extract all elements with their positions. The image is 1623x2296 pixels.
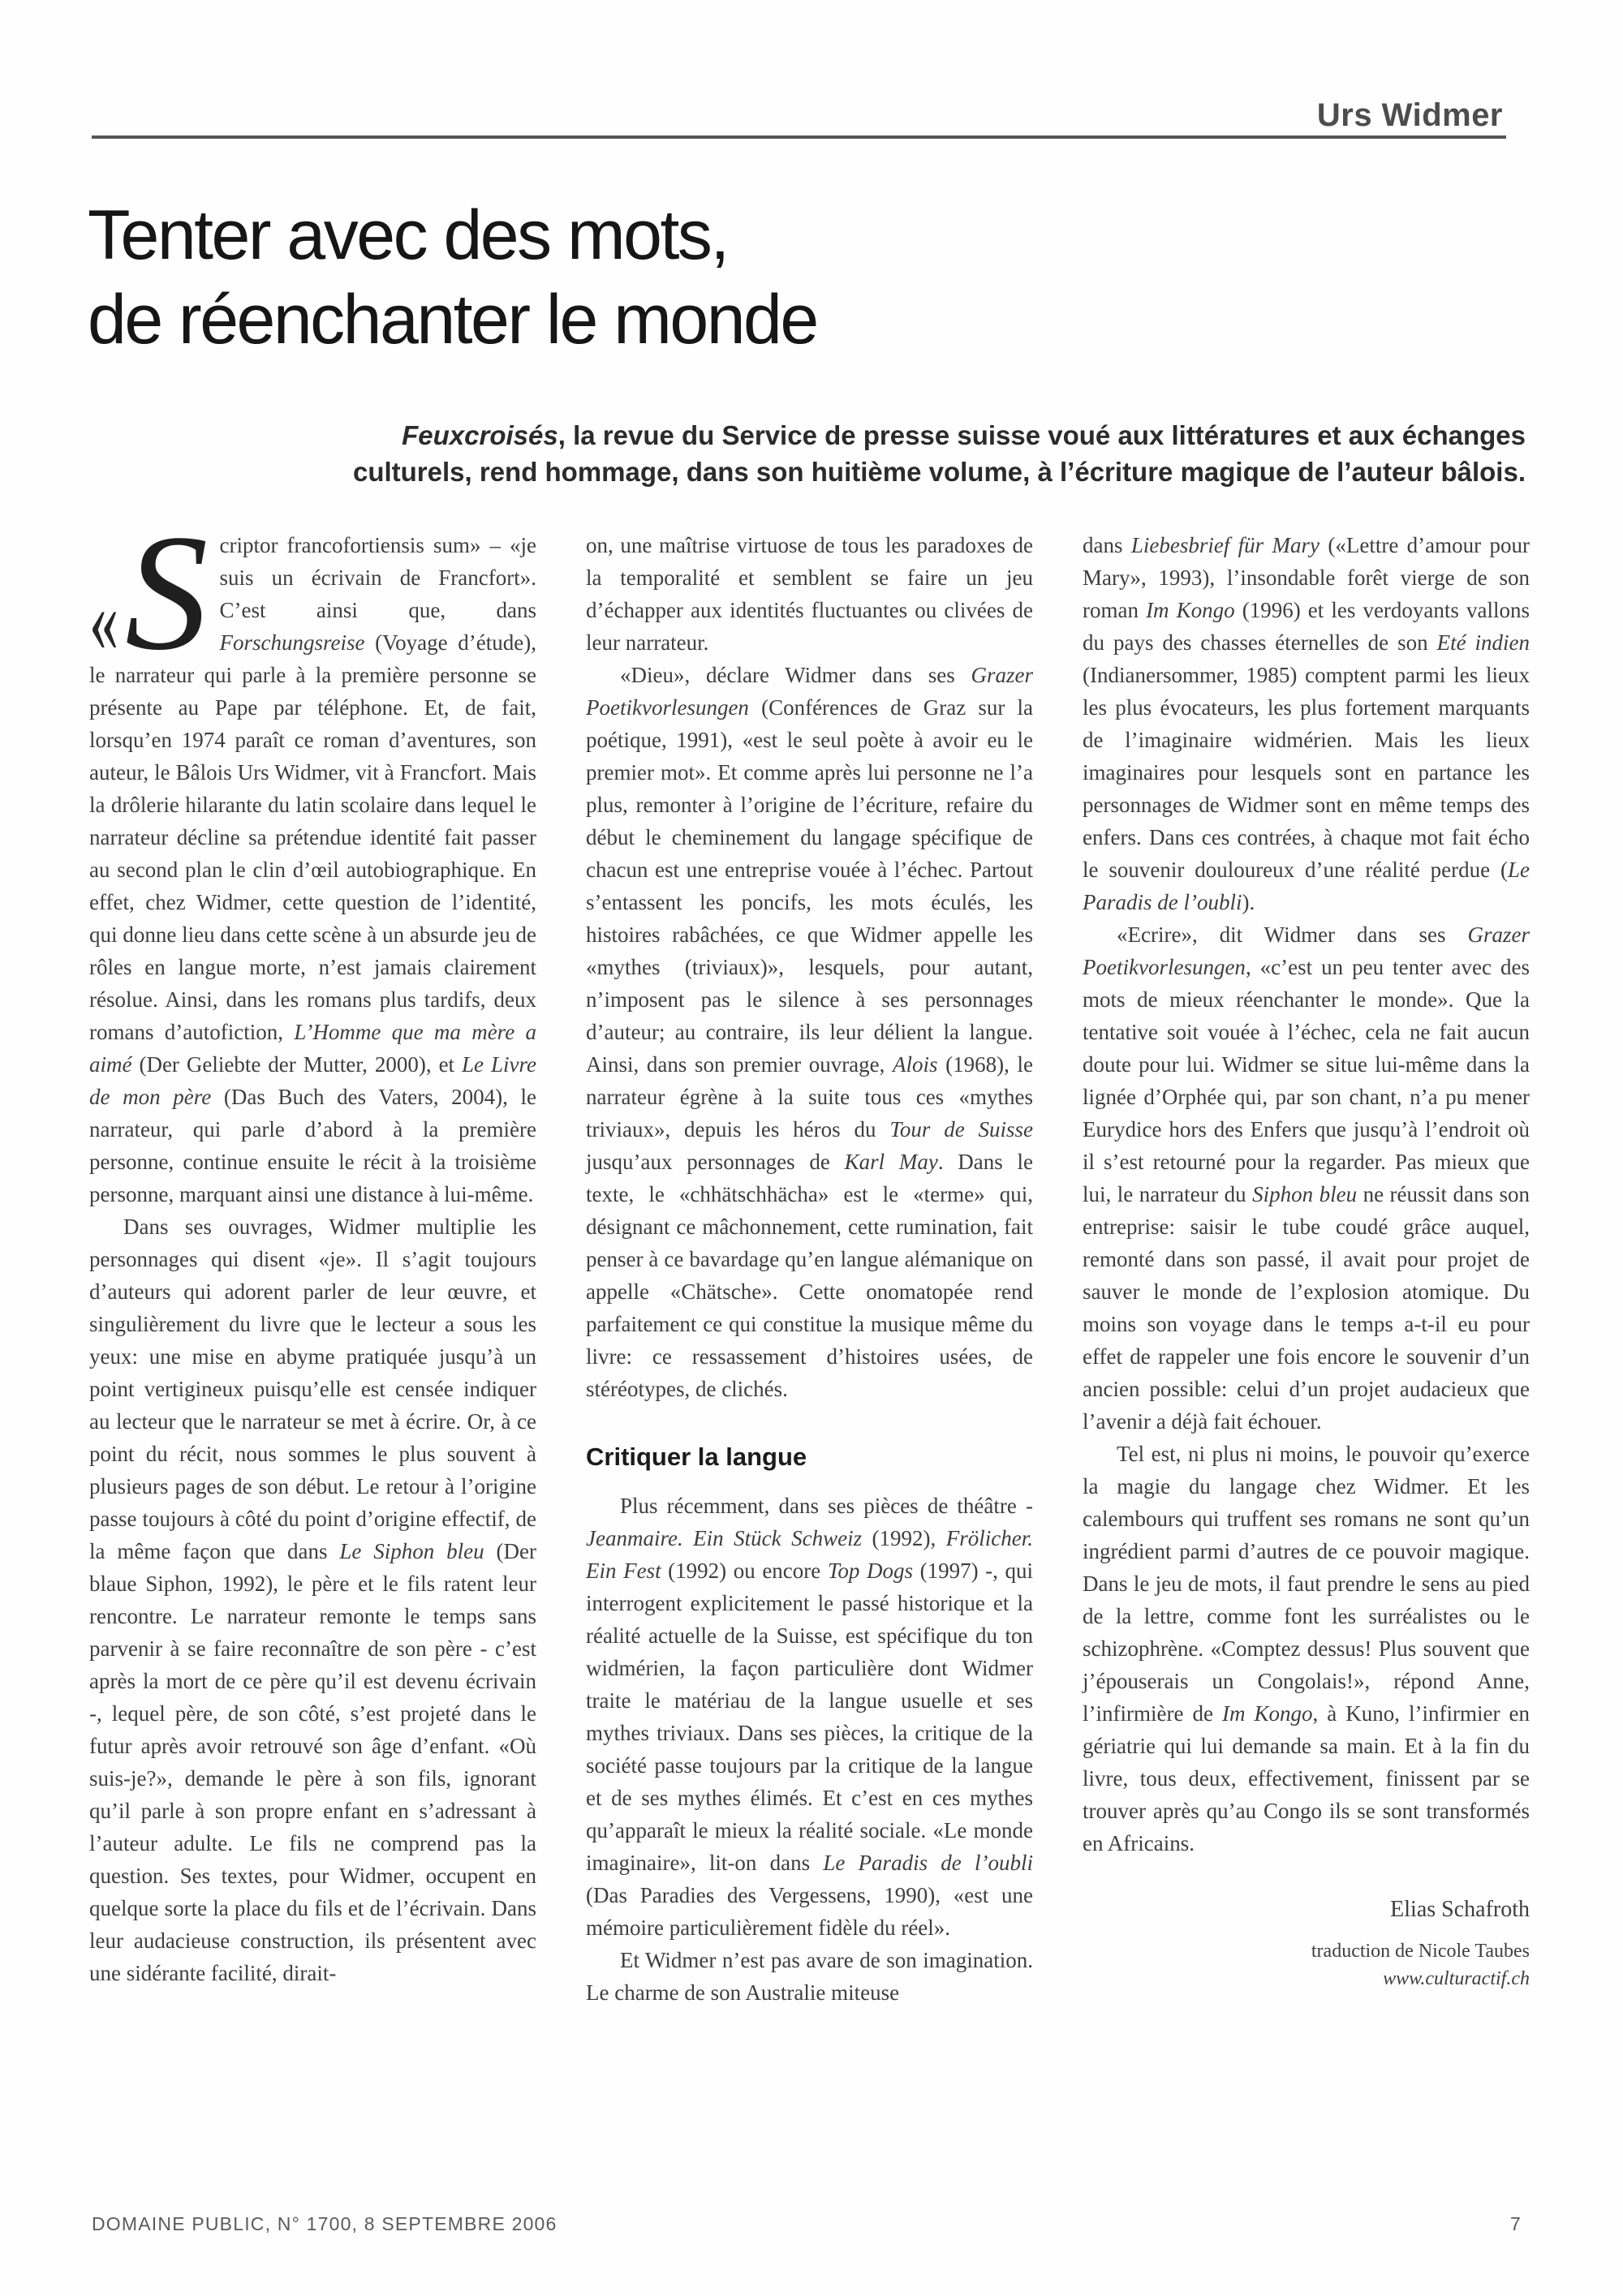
- italic-run: Forschungsreise: [220, 630, 365, 655]
- text-run: (Der blaue Siphon, 1992), le père et le …: [89, 1539, 536, 1985]
- text-run: (Voyage d’étude), le narrateur qui parle…: [89, 630, 536, 1044]
- footer-page-number: 7: [1510, 2213, 1522, 2235]
- text-run: (Das Paradies des Vergessens, 1990), «es…: [586, 1883, 1033, 1940]
- italic-run: Top Dogs: [828, 1559, 913, 1583]
- article-lead: Feuxcroisés, la revue du Service de pres…: [179, 417, 1526, 490]
- italic-run: Tour de Suisse: [889, 1117, 1033, 1142]
- text-run: (1992) ou encore: [661, 1559, 828, 1583]
- text-run: Dans ses ouvrages, Widmer multiplie les …: [89, 1215, 536, 1563]
- text-column-3: dans Liebesbrief für Mary («Lettre d’amo…: [1083, 529, 1530, 2009]
- text-run: . Dans le texte, le «chhätschhächa» est …: [586, 1150, 1033, 1401]
- signature-credit: traduction de Nicole Taubes: [1083, 1939, 1530, 1963]
- article-title: Tenter avec des mots, de réenchanter le …: [88, 193, 817, 362]
- text-run: (Conférences de Graz sur la poétique, 19…: [586, 695, 1033, 1077]
- paragraph: Et Widmer n’est pas avare de son imagina…: [586, 1944, 1033, 2009]
- page-footer: DOMAINE PUBLIC, N° 1700, 8 SEPTEMBRE 200…: [92, 2213, 1522, 2235]
- text-run: ne réussit dans son entreprise: saisir l…: [1083, 1182, 1530, 1434]
- signature-url: www.culturactif.ch: [1083, 1967, 1530, 1991]
- text-run: (1992),: [862, 1526, 946, 1550]
- text-run: Tel est, ni plus ni moins, le pouvoir qu…: [1083, 1442, 1530, 1726]
- paragraph: Tel est, ni plus ni moins, le pouvoir qu…: [1083, 1438, 1530, 1860]
- paragraph: «Dieu», déclare Widmer dans ses Grazer P…: [586, 659, 1033, 1405]
- signature-block: Elias Schafrothtraduction de Nicole Taub…: [1083, 1895, 1530, 1991]
- article-body: «Scriptor francofortiensis sum» – «je su…: [89, 529, 1530, 2009]
- italic-run: Im Kongo: [1146, 598, 1235, 622]
- text-column-2: on, une maîtrise virtuose de tous les pa…: [586, 529, 1033, 2009]
- text-run: jusqu’aux personnages de: [586, 1150, 845, 1174]
- text-run: , «c’est un peu tenter avec des mots de …: [1083, 955, 1530, 1206]
- text-run: criptor francofortiensis sum» – «je suis…: [220, 533, 537, 622]
- text-run: , la revue du Service de presse suisse v…: [558, 420, 1526, 450]
- paragraph: Dans ses ouvrages, Widmer multiplie les …: [89, 1210, 536, 1989]
- document-page: Urs Widmer Tenter avec des mots, de réen…: [0, 0, 1623, 2296]
- text-run: Et Widmer n’est pas avare de son imagina…: [586, 1948, 1033, 2005]
- drop-cap-guillemet: «: [89, 574, 114, 667]
- paragraph: Plus récemment, dans ses pièces de théât…: [586, 1490, 1033, 1944]
- italic-run: Im Kongo: [1222, 1701, 1313, 1726]
- text-run: ).: [1242, 890, 1255, 914]
- drop-cap-letter: S: [125, 532, 209, 654]
- italic-run: Siphon bleu: [1252, 1182, 1357, 1206]
- text-run: (1997) -, qui interrogent explicitement …: [586, 1559, 1033, 1875]
- text-run: «Ecrire», dit Widmer dans ses: [1117, 922, 1467, 947]
- text-run: Plus récemment, dans ses pièces de théât…: [620, 1494, 1033, 1518]
- text-run: on, une maîtrise virtuose de tous les pa…: [586, 533, 1033, 655]
- paragraph: «Ecrire», dit Widmer dans ses Grazer Poe…: [1083, 918, 1530, 1438]
- italic-run: Le Paradis de l’oubli: [823, 1851, 1033, 1875]
- text-run: culturels, rend hommage, dans son huitiè…: [353, 457, 1526, 487]
- italic-run: Jeanmaire. Ein Stück Schweiz: [586, 1526, 862, 1550]
- signature-name: Elias Schafroth: [1083, 1895, 1530, 1924]
- text-column-1: «Scriptor francofortiensis sum» – «je su…: [89, 529, 536, 2009]
- paragraph: dans Liebesbrief für Mary («Lettre d’amo…: [1083, 529, 1530, 918]
- italic-run: Alois: [893, 1052, 938, 1077]
- header-rule: [92, 135, 1506, 139]
- italic-run: Eté indien: [1437, 630, 1530, 655]
- italic-run: Liebesbrief für Mary: [1131, 533, 1319, 557]
- text-run: dans: [1083, 533, 1131, 557]
- text-run: (Der Geliebte der Mutter, 2000), et: [131, 1052, 462, 1077]
- paragraph: on, une maîtrise virtuose de tous les pa…: [586, 529, 1033, 659]
- article-title-line-1: Tenter avec des mots,: [88, 193, 817, 277]
- page-header-author: Urs Widmer: [1317, 97, 1503, 134]
- text-run: (Indianersommer, 1985) comptent parmi le…: [1083, 663, 1530, 882]
- footer-journal-issue: DOMAINE PUBLIC, N° 1700, 8 SEPTEMBRE 200…: [92, 2213, 558, 2235]
- drop-cap: «S: [89, 532, 220, 656]
- section-heading: Critiquer la langue: [586, 1441, 1033, 1473]
- text-run: «Dieu», déclare Widmer dans ses: [620, 663, 971, 687]
- italic-run: Le Siphon bleu: [339, 1539, 484, 1563]
- article-title-line-2: de réenchanter le monde: [88, 277, 817, 362]
- italic-run: Karl May: [845, 1150, 938, 1174]
- paragraph: «Scriptor francofortiensis sum» – «je su…: [89, 529, 536, 1210]
- italic-run: Feuxcroisés: [402, 420, 558, 450]
